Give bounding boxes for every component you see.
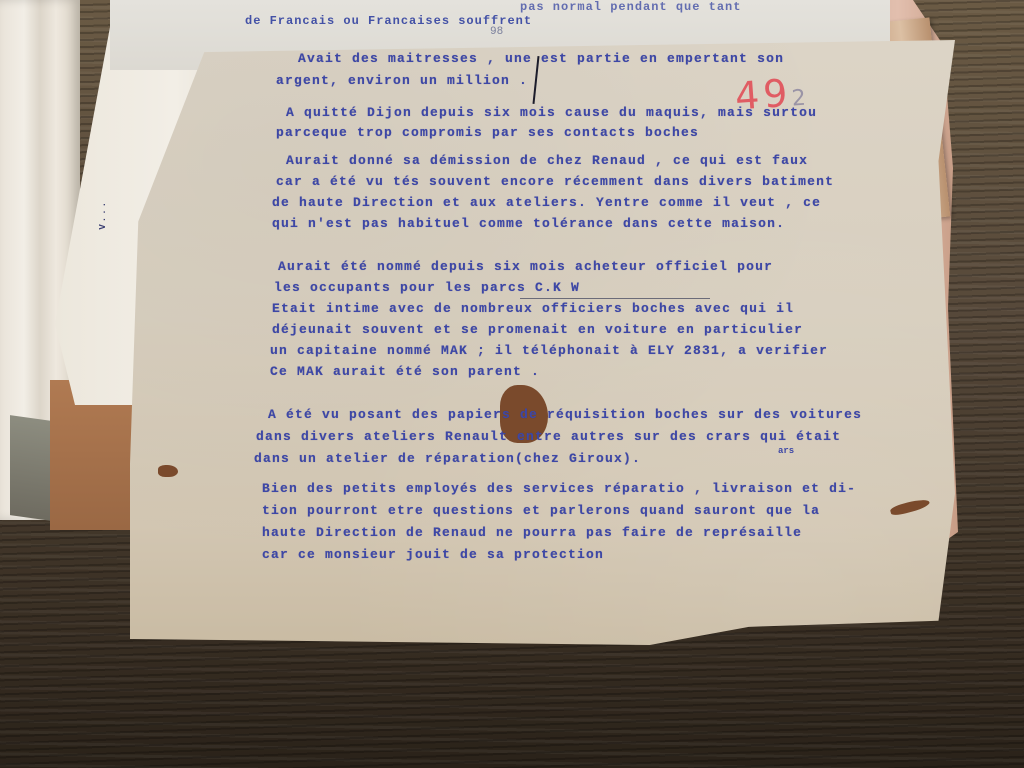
paragraph-1: Avait des maitresses , une est partie en… — [298, 48, 784, 92]
text-line: dans un atelier de réparation(chez Girou… — [254, 448, 862, 470]
top-sheet-line-cut: pas normal pendant que tant — [520, 0, 741, 14]
text-line: Etait intime avec de nombreux officiers … — [272, 298, 828, 319]
paragraph-6: Bien des petits employés des services ré… — [262, 478, 856, 566]
text-line: A été vu posant des papiers de réquisiti… — [268, 404, 862, 426]
text-line: Avait des maitresses , une est partie en… — [298, 48, 784, 70]
paragraph-4: Aurait été nommé depuis six mois acheteu… — [278, 256, 828, 382]
paragraph-2: A quitté Dijon depuis six mois cause du … — [286, 103, 817, 143]
paper-tear-hole — [889, 497, 930, 517]
page-mark: 98 — [490, 26, 503, 38]
text-line: car ce monsieur jouit de sa protection — [262, 544, 856, 566]
text-line: les occupants pour les parcs C.K W — [274, 277, 828, 298]
text-line: un capitaine nommé MAK ; il téléphonait … — [270, 340, 828, 361]
paragraph-5: A été vu posant des papiers de réquisiti… — [268, 404, 862, 470]
overstrike-correction: ars — [778, 446, 794, 456]
text-line: déjeunait souvent et se promenait en voi… — [272, 319, 828, 340]
text-line: parceque trop compromis par ses contacts… — [276, 123, 817, 143]
text-line: car a été vu tés souvent encore récemmen… — [276, 171, 834, 192]
text-line: Aurait donné sa démission de chez Renaud… — [286, 150, 834, 171]
text-line: Bien des petits employés des services ré… — [262, 478, 856, 500]
text-line: de haute Direction et aux ateliers. Yent… — [272, 192, 834, 213]
text-line: Ce MAK aurait été son parent . — [270, 361, 828, 382]
paragraph-3: Aurait donné sa démission de chez Renaud… — [286, 150, 834, 234]
text-line: qui n'est pas habituel comme tolérance d… — [272, 213, 834, 234]
paper-tear-hole — [158, 465, 178, 477]
text-line: haute Direction de Renaud ne pourra pas … — [262, 522, 856, 544]
text-line: A quitté Dijon depuis six mois cause du … — [286, 103, 817, 123]
pencil-underline — [520, 298, 710, 299]
text-line: tion pourront etre questions et parleron… — [262, 500, 856, 522]
text-line: argent, environ un million . — [276, 70, 784, 92]
top-sheet-line: de Francais ou Francaises souffrent — [245, 14, 532, 28]
text-line: Aurait été nommé depuis six mois acheteu… — [278, 256, 828, 277]
text-line: dans divers ateliers Renault entre autre… — [256, 426, 862, 448]
side-stamp: V... — [98, 200, 106, 230]
